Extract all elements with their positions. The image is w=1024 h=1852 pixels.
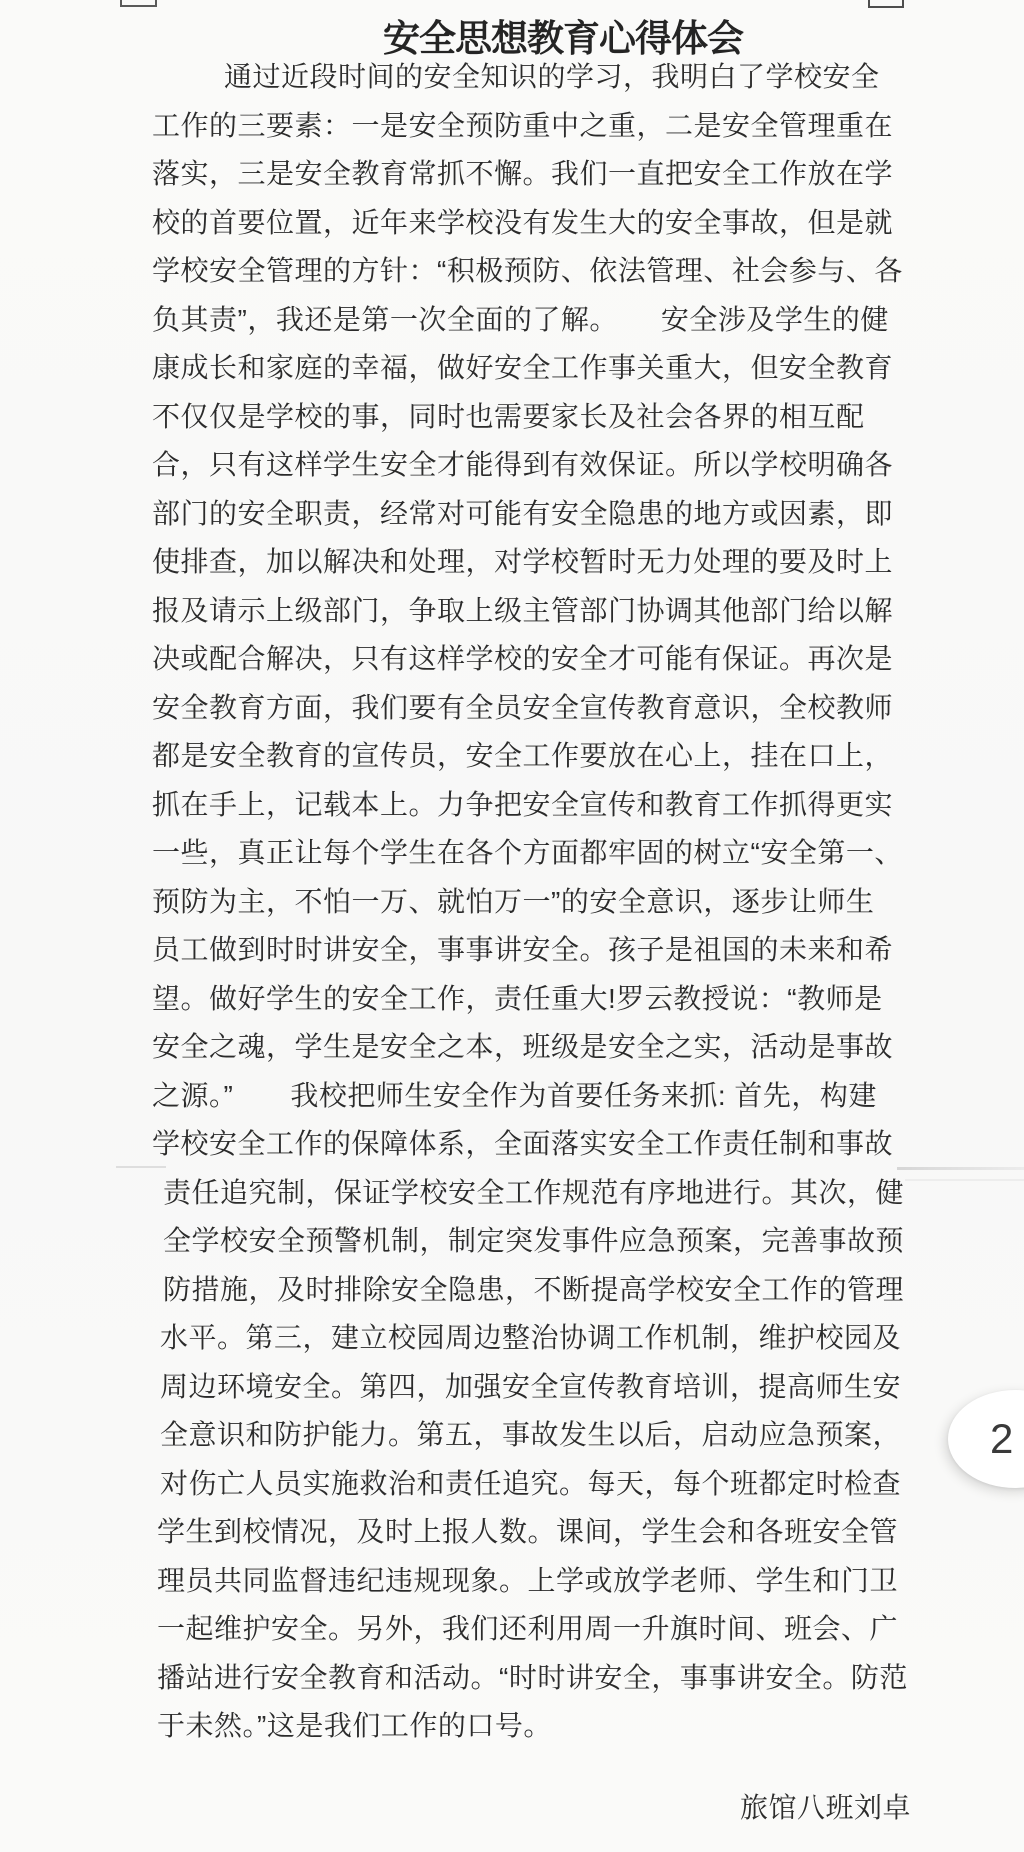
essay-text-line: 校的首要位置，近年来学校没有发生大的安全事故，但是就: [152, 199, 912, 248]
essay-text-line: 水平。第三，建立校园周边整治协调工作机制，维护校园及: [160, 1314, 912, 1363]
essay-text-line: 对伤亡人员实施救治和责任追究。每天，每个班都定时检查: [160, 1460, 912, 1509]
document-body: 通过近段时间的安全知识的学习，我明白了学校安全工作的三要素：一是安全预防重中之重…: [152, 53, 912, 1751]
essay-text-line: 一起维护安全。另外，我们还利用周一升旗时间、班会、广: [157, 1605, 912, 1654]
essay-text-line: 一些，真正让每个学生在各个方面都牢固的树立“安全第一、: [152, 829, 912, 878]
essay-text-line: 员工做到时时讲安全，事事讲安全。孩子是祖国的未来和希: [152, 926, 912, 975]
essay-text-line: 抓在手上，记载本上。力争把安全宣传和教育工作抓得更实: [152, 781, 912, 830]
page-number-label: 2: [990, 1418, 1013, 1460]
essay-text-line: 使排查，加以解决和处理，对学校暂时无力处理的要及时上: [152, 538, 912, 587]
essay-text-line: 学校安全工作的保障体系，全面落实安全工作责任制和事故: [152, 1120, 912, 1169]
document-page: 安全思想教育心得体会 通过近段时间的安全知识的学习，我明白了学校安全工作的三要素…: [0, 0, 1024, 1852]
essay-text-line: 负其责”，我还是第一次全面的了解。 安全涉及学生的健: [152, 296, 912, 345]
essay-text-line: 全意识和防护能力。第五，事故发生以后，启动应急预案，: [160, 1411, 912, 1460]
essay-text-line: 预防为主，不怕一万、就怕万一”的安全意识，逐步让师生: [152, 878, 912, 927]
essay-text-line: 责任追究制，保证学校安全工作规范有序地进行。其次，健: [163, 1169, 912, 1218]
essay-text-line: 之源。” 我校把师生安全作为首要任务来抓: 首先，构建: [152, 1072, 912, 1121]
essay-text-line: 望。做好学生的安全工作，责任重大!罗云教授说：“教师是: [152, 975, 912, 1024]
essay-text-line: 康成长和家庭的幸福，做好安全工作事关重大，但安全教育: [152, 344, 912, 393]
essay-text-line: 学生到校情况，及时上报人数。课间，学生会和各班安全管: [157, 1508, 912, 1557]
essay-text-line: 于未然。”这是我们工作的口号。: [157, 1702, 912, 1751]
essay-text-line: 安全教育方面，我们要有全员安全宣传教育意识，全校教师: [152, 684, 912, 733]
page-number-bubble[interactable]: 2: [948, 1390, 1024, 1488]
essay-text-line: 通过近段时间的安全知识的学习，我明白了学校安全: [152, 53, 912, 102]
essay-text-line: 不仅仅是学校的事，同时也需要家长及社会各界的相互配: [152, 393, 912, 442]
essay-text-line: 学校安全管理的方针：“积极预防、依法管理、社会参与、各: [152, 247, 912, 296]
essay-text-line: 周边环境安全。第四，加强安全宣传教育培训，提高师生安: [160, 1363, 912, 1412]
essay-text-line: 理员共同监督违纪违规现象。上学或放学老师、学生和门卫: [157, 1557, 912, 1606]
essay-text-line: 播站进行安全教育和活动。“时时讲安全，事事讲安全。防范: [157, 1654, 912, 1703]
essay-text-line: 防措施，及时排除安全隐患，不断提高学校安全工作的管理: [163, 1266, 912, 1315]
essay-text-line: 部门的安全职责，经常对可能有安全隐患的地方或因素，即: [152, 490, 912, 539]
essay-text-line: 报及请示上级部门，争取上级主管部门协调其他部门给以解: [152, 587, 912, 636]
essay-text-line: 工作的三要素：一是安全预防重中之重，二是安全管理重在: [152, 102, 912, 151]
author-signature: 旅馆八班刘卓: [740, 1786, 911, 1826]
essay-text-line: 全学校安全预警机制，制定突发事件应急预案，完善事故预: [163, 1217, 912, 1266]
cropped-textbox-corner-right: [868, 0, 904, 8]
cropped-textbox-corner-left: [120, 0, 157, 7]
essay-text-line: 都是安全教育的宣传员，安全工作要放在心上，挂在口上，: [152, 732, 912, 781]
scan-fold-line: [905, 1179, 1024, 1181]
essay-text-line: 安全之魂，学生是安全之本，班级是安全之实，活动是事故: [152, 1023, 912, 1072]
essay-text-line: 落实，三是安全教育常抓不懈。我们一直把安全工作放在学: [152, 150, 912, 199]
essay-text-line: 决或配合解决，只有这样学校的安全才可能有保证。再次是: [152, 635, 912, 684]
essay-text-line: 合，只有这样学生安全才能得到有效保证。所以学校明确各: [152, 441, 912, 490]
scan-fold-line: [897, 1167, 1024, 1170]
